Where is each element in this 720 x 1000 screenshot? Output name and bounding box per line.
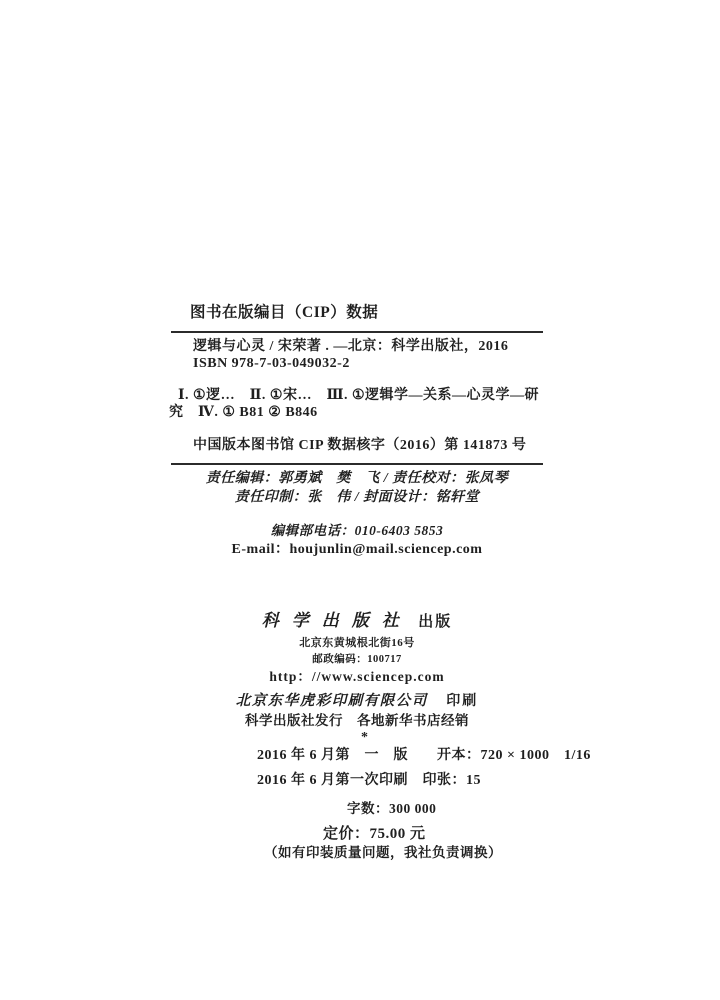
edition-line: 2016 年 6 月第 一 版 开本：720 × 1000 1/16 — [257, 748, 591, 765]
publisher-logotype: 科学出版社 — [262, 611, 412, 630]
cip-record-line: 中国版本图书馆 CIP 数据核字（2016）第 141873 号 — [193, 438, 526, 455]
exchange-note: （如有印装质量问题，我社负责调换） — [264, 845, 502, 861]
price-line: 定价：75.00 元 — [323, 825, 426, 843]
publisher-line: 科学出版社 出版 — [171, 611, 543, 631]
printer-line: 北京东华虎彩印刷有限公司 印刷 — [171, 691, 543, 711]
cip-classification-line-2: 究 Ⅳ. ① B81 ② B846 — [169, 405, 318, 422]
editors-line: 责任编辑：郭勇斌 樊 飞 / 责任校对：张凤琴 — [171, 471, 543, 488]
separator-asterisk: * — [361, 730, 369, 747]
distribution-line: 科学出版社发行 各地新华书店经销 — [171, 713, 543, 729]
cip-header-rule — [171, 331, 543, 333]
publisher-role-label: 出版 — [418, 614, 452, 630]
cip-title-line: 逻辑与心灵 / 宋荣著 . —北京：科学出版社，2016 — [193, 339, 508, 356]
printer-role-label: 印刷 — [446, 694, 478, 709]
staff-block-rule — [171, 463, 543, 465]
email-line: E-mail：houjunlin@mail.sciencep.com — [171, 542, 543, 559]
book-copyright-page: 图书在版编目（CIP）数据 逻辑与心灵 / 宋荣著 . —北京：科学出版社，20… — [0, 0, 720, 1000]
editorial-phone-line: 编辑部电话：010-6403 5853 — [171, 523, 543, 539]
publisher-address: 北京东黄城根北街16号 — [171, 637, 543, 650]
word-count-line: 字数：300 000 — [347, 801, 436, 817]
isbn-line: ISBN 978-7-03-049032-2 — [193, 356, 350, 373]
production-designer-line: 责任印制：张 伟 / 封面设计：铭轩堂 — [171, 490, 543, 507]
cip-header: 图书在版编目（CIP）数据 — [190, 304, 378, 323]
printing-line: 2016 年 6 月第一次印刷 印张：15 — [257, 773, 481, 790]
cip-classification-line-1: Ⅰ. ①逻… Ⅱ. ①宋… Ⅲ. ①逻辑学—关系—心灵学—研 — [178, 388, 539, 405]
publisher-postcode: 邮政编码：100717 — [171, 654, 543, 667]
publisher-website: http：//www.sciencep.com — [171, 669, 543, 685]
printer-name: 北京东华虎彩印刷有限公司 — [236, 693, 428, 709]
